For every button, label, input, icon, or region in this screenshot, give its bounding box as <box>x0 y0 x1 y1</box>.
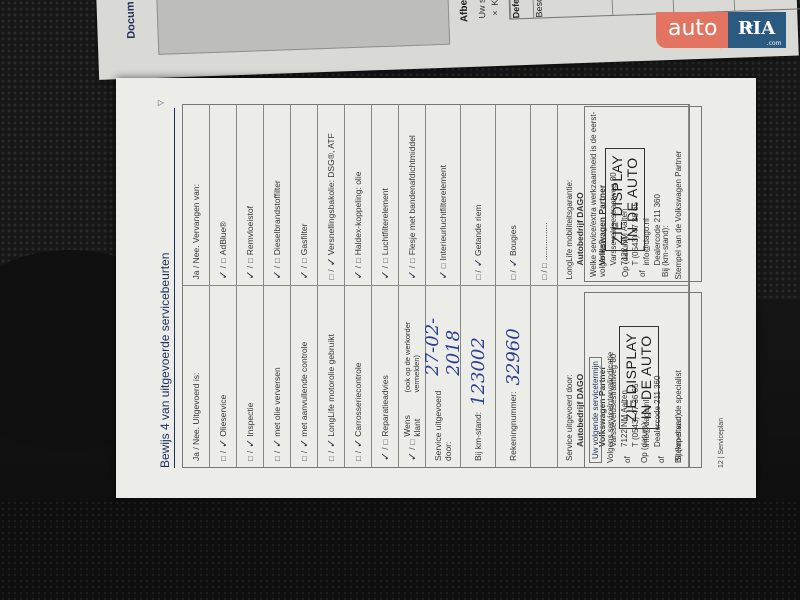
page-footer: 12 | Serviceplan <box>718 418 725 468</box>
page-title: Bewijs 4 van uitgevoerde servicebeurten <box>158 108 175 468</box>
checkmark-icon: ✓ <box>298 439 311 448</box>
checklist-row: ✓/□Reparatieadvies✓/□Luchtfilterelement <box>372 105 399 467</box>
checkmark-icon: ✓ <box>507 258 520 267</box>
item-label: AdBlue® <box>218 222 228 256</box>
separator: / <box>300 451 309 453</box>
invoice-value-handwritten: 32960 <box>503 328 524 385</box>
item-label: Reparatieadvies <box>380 375 390 436</box>
separator: / <box>354 266 363 268</box>
separator: / <box>381 266 390 268</box>
separator: / <box>327 451 336 453</box>
separator: / <box>246 266 255 268</box>
checkbox-icon: □ <box>354 258 363 263</box>
km-value-handwritten: 123002 <box>468 337 489 406</box>
separator: / <box>354 451 363 453</box>
separator: / <box>381 448 390 450</box>
watermark-ria: ★ RIA .com <box>728 12 786 48</box>
autoria-watermark: auto ★ RIA .com <box>656 12 786 52</box>
checkbox-icon: □ / <box>509 270 518 279</box>
checkmark-icon: ✓ <box>379 452 392 461</box>
service-by-label: Service uitgevoerd door: <box>433 382 453 461</box>
item-label: Wens klant <box>402 397 422 437</box>
back-page-heading: Docum <box>123 0 138 39</box>
checkmark-icon: ✓ <box>298 270 311 279</box>
checklist-row: □/✓Inspectie✓/□Remvloeistof <box>237 105 264 467</box>
star-icon: ★ <box>746 10 754 44</box>
checkbox-icon: □ <box>219 456 228 461</box>
back-page-line: Uw spe <box>475 0 488 19</box>
checklist-header: Ja / Nee. Uitgevoerd is: Ja / Nee. Verva… <box>183 105 210 467</box>
separator: / <box>300 266 309 268</box>
service-by-row: Service uitgevoerd door: 27-02-2018 ✓□ I… <box>426 105 461 467</box>
checkbox-icon: □ <box>327 275 336 280</box>
checkbox-icon: □ / □ <box>540 263 549 279</box>
page-number: 12 <box>718 460 725 468</box>
item-sublabel: (ook op de werkorder vermelden) <box>403 287 421 393</box>
other-row: □ / □ ................ <box>531 105 558 467</box>
corner-triangle-icon: ▽ <box>156 100 165 106</box>
header-replaced: Ja / Nee. Vervangen van: <box>183 105 209 287</box>
header-performed: Ja / Nee. Uitgevoerd is: <box>183 287 209 468</box>
item-label: ................ <box>539 222 549 260</box>
item-label: Flesje met bandenafdichtmiddel <box>407 135 417 255</box>
checkbox-icon: □ <box>408 440 417 445</box>
item-label: Dieselbrandstoffilter <box>272 180 282 255</box>
item-label: Carrosseriecontrole <box>353 363 363 437</box>
checkbox-icon: □ <box>408 258 417 263</box>
checkmark-icon: ✓ <box>217 270 230 279</box>
checklist-row: □/✓Carrosseriecontrole✓/□Haldex-koppelin… <box>345 105 372 467</box>
checkmark-icon: ✓ <box>437 270 450 279</box>
checkmark-icon: ✓ <box>379 270 392 279</box>
item-label: LongLife motorolie gebruikt <box>326 334 336 437</box>
back-page-line: × Kras <box>488 0 501 18</box>
separator: / <box>408 266 417 268</box>
footer-section: Serviceplan <box>718 418 725 455</box>
separator: / <box>246 451 255 453</box>
item-label: Olieservice <box>218 395 228 437</box>
item-label: Bougies <box>508 225 518 256</box>
checklist-row: □/✓LongLife motorolie gebruikt□/✓Versnel… <box>318 105 345 467</box>
checkmark-icon: ✓ <box>217 439 230 448</box>
checkbox-icon: □ <box>219 258 228 263</box>
item-label: Haldex-koppeling: olie <box>353 172 363 256</box>
separator: / <box>219 266 228 268</box>
back-table-header: Defe <box>508 0 533 19</box>
checkbox-icon: □ <box>439 263 448 268</box>
seat-fabric-bottom <box>0 500 800 600</box>
checkmark-icon: ✓ <box>352 270 365 279</box>
km-row: Bij km-stand: 123002 □ /✓ Getande riem <box>461 105 496 467</box>
checkmark-icon: ✓ <box>352 439 365 448</box>
km-label: Bij km-stand: <box>473 412 483 461</box>
checkbox-icon: □ <box>300 258 309 263</box>
separator: / <box>273 266 282 268</box>
checkmark-icon: ✓ <box>472 258 485 267</box>
checkbox-icon: □ <box>273 258 282 263</box>
item-label: Interieurluchtfilterelement <box>438 165 448 260</box>
checkmark-icon: ✓ <box>406 270 419 279</box>
checkbox-icon: □ <box>246 258 255 263</box>
service-booklet-page: ▽ Bewijs 4 van uitgevoerde servicebeurte… <box>116 78 756 498</box>
checkmark-icon: ✓ <box>244 439 257 448</box>
watermark-auto: auto <box>656 12 728 48</box>
next-service-section: Uw volgende servicetermijn Volgens servi… <box>584 106 702 468</box>
separator: / <box>273 451 282 453</box>
item-label: met aanvullende controle <box>299 342 309 437</box>
next-service-right: Welke service/extra werkzaamheid is de e… <box>584 106 702 282</box>
checkmark-icon: ✓ <box>325 257 338 266</box>
service-booklet-page-wrapper: ▽ Bewijs 4 van uitgevoerde servicebeurte… <box>116 78 756 498</box>
back-page-illustration <box>155 0 450 55</box>
checkbox-icon: □ <box>381 258 390 263</box>
checkbox-icon: □ / <box>474 270 483 279</box>
item-label: Getande riem <box>473 205 483 257</box>
item-label: Remvloeistof <box>245 206 255 255</box>
checklist-row: □/✓met olie verversen✓/□Dieselbrandstoff… <box>264 105 291 467</box>
item-label: Gasfilter <box>299 224 309 256</box>
separator: / <box>327 269 336 271</box>
service-date-handwritten: 27-02-2018 <box>422 287 464 376</box>
checkmark-icon: ✓ <box>406 452 419 461</box>
item-label: met olie verversen <box>272 367 282 436</box>
invoice-label: Rekeningnummer: <box>508 392 518 461</box>
checkbox-icon: □ <box>327 456 336 461</box>
next-service-title: Uw volgende servicetermijn <box>589 357 602 463</box>
separator: / <box>219 451 228 453</box>
checkmark-icon: ✓ <box>271 439 284 448</box>
checklist-row: □/✓Olieservice✓/□AdBlue® <box>210 105 237 467</box>
back-table-sub: Besch <box>531 0 553 18</box>
invoice-row: Rekeningnummer: 32960 □ /✓ Bougies <box>496 105 531 467</box>
checkbox-icon: □ <box>300 456 309 461</box>
checkbox-icon: □ <box>246 456 255 461</box>
next-service-left: Uw volgende servicetermijn Volgens servi… <box>584 292 702 468</box>
checkmark-icon: ✓ <box>244 270 257 279</box>
back-page-section-heading: Afbeeld <box>457 0 471 22</box>
item-label: Versnellingsbakolie: DSG®, ATF <box>326 133 336 255</box>
checkmark-icon: ✓ <box>325 439 338 448</box>
checkbox-icon: □ <box>273 456 282 461</box>
display-stamp: ZIE DISPLAY IN DE AUTO <box>619 326 659 429</box>
item-label: Luchtfilterelement <box>380 188 390 255</box>
item-label: Inspectie <box>245 403 255 437</box>
checkbox-icon: □ <box>381 440 390 445</box>
checkbox-icon: □ <box>354 456 363 461</box>
checkmark-icon: ✓ <box>271 270 284 279</box>
checklist-row: □/✓met aanvullende controle✓/□Gasfilter <box>291 105 318 467</box>
display-stamp: ZIE DISPLAY IN DE AUTO <box>605 148 645 251</box>
separator: / <box>408 448 417 450</box>
